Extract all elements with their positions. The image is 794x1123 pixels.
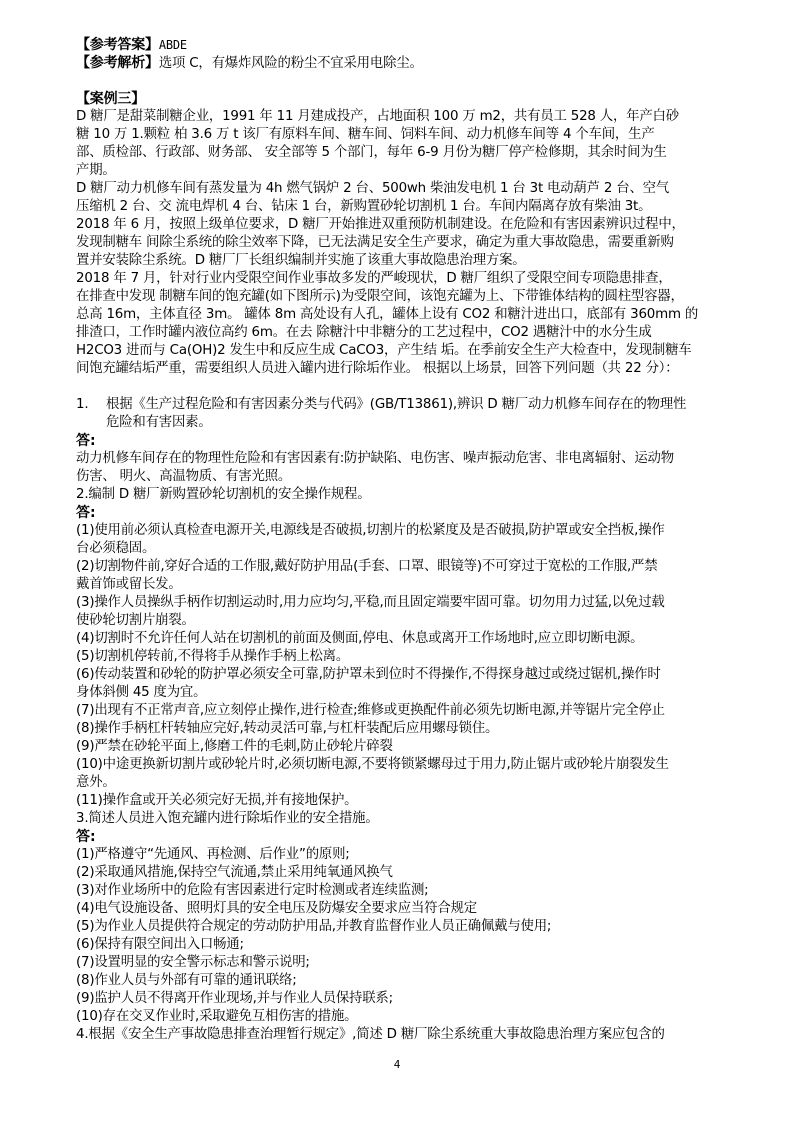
answer-line: (6)传动装置和砂轮的防护罩必须安全可靠,防护罩未到位时不得操作,不得探身越过或… — [76, 666, 716, 684]
question-4-text: 4.根据《安全生产事故隐患排查治理暂行规定》,简述 D 糖厂除尘系统重大事故隐患… — [76, 1026, 716, 1044]
question-1-number: 1. — [76, 396, 106, 414]
answer-line: 伤害、 明火、高温物质、有害光照。 — [76, 468, 716, 486]
answer-line: (9)监护人员不得离开作业现场,并与作业人员保持联系; — [76, 990, 716, 1008]
question-2-text: 2.编制 D 糖厂新购置砂轮切割机的安全操作规程。 — [76, 486, 716, 504]
answer-line: (3)对作业场所中的危险有害因素进行定时检测或者连续监测; — [76, 882, 716, 900]
question-1-line-1: 1.根据《生产过程危险和有害因素分类与代码》(GB/T13861),辨识 D 糖… — [76, 396, 716, 414]
spacer — [76, 72, 716, 90]
case-line: 置并安装除尘系统。D 糖厂厂长组织编制并实施了该重大事故隐患治理方案。 — [76, 252, 716, 270]
reference-answer-label: 【参考答案】 — [76, 37, 159, 53]
reference-answer: 【参考答案】ABDE — [76, 36, 716, 54]
reference-analysis: 【参考解析】选项 C，有爆炸风险的粉尘不宜采用电除尘。 — [76, 54, 716, 72]
answer-line: 台必须稳固。 — [76, 540, 716, 558]
case-title: 【案例三】 — [76, 90, 716, 108]
case-line: 发现制糖车 间除尘系统的除尘效率下降，已无法满足安全生产要求，确定为重大事故隐患… — [76, 234, 716, 252]
answer-line: (1)使用前必须认真检查电源开关,电源线是否破损,切割片的松紧度及是否破损,防护… — [76, 522, 716, 540]
spacer — [76, 378, 716, 396]
page-number: 4 — [0, 1058, 794, 1071]
answer-line: (4)切割时不允许任何人站在切割机的前面及侧面,停电、休息或离开工作场地时,应立… — [76, 630, 716, 648]
case-line: H2CO3 进而与 Ca(OH)2 发生中和反应生成 CaCO3，产生结 垢。在… — [76, 342, 716, 360]
answer-line: (10)中途更换新切割片或砂轮片时,必须切断电源,不要将锁紧螺母过于用力,防止锯… — [76, 756, 716, 774]
question-1-line-2: 危险和有害因素。 — [76, 414, 716, 432]
question-3: 3.简述人员进入饱充罐内进行除垢作业的安全措施。 答: (1)严格遵守“先通风、… — [76, 810, 716, 1026]
reference-analysis-value: 选项 C，有爆炸风险的粉尘不宜采用电除尘。 — [159, 56, 423, 71]
case-line: 排渣口，工作时罐内液位高约 6m。在去 除糖汁中非糖分的工艺过程中，CO2 遇糖… — [76, 324, 716, 342]
answer-line: (2)采取通风措施,保持空气流通,禁止采用纯氧通风换气 — [76, 864, 716, 882]
answer-line: (1)严格遵守“先通风、再检测、后作业”的原则; — [76, 846, 716, 864]
answer-line: (6)保持有限空间出入口畅通; — [76, 936, 716, 954]
answer-line: (2)切割物件前,穿好合适的工作服,戴好防护用品(手套、口罩、眼镜等)不可穿过于… — [76, 558, 716, 576]
answer-line: (11)操作盒或开关必须完好无损,并有接地保护。 — [76, 792, 716, 810]
answer-line: 戴首饰或留长发。 — [76, 576, 716, 594]
answer-line: (8)操作手柄杠杆转轴应完好,转动灵活可靠,与杠杆装配后应用螺母锁住。 — [76, 720, 716, 738]
question-4: 4.根据《安全生产事故隐患排查治理暂行规定》,简述 D 糖厂除尘系统重大事故隐患… — [76, 1026, 716, 1044]
answer-line: 动力机修车间存在的物理性危险和有害因素有:防护缺陷、电伤害、噪声振动危害、非电离… — [76, 450, 716, 468]
answer-label: 答: — [76, 432, 716, 450]
case-line: 产期。 — [76, 162, 716, 180]
case-line: D 糖厂动力机修车间有蒸发量为 4h 燃气锅炉 2 台、500wh 柴油发电机 … — [76, 180, 716, 198]
case-line: 总高 16m，主体直径 3m。 罐体 8m 高处设有人孔，罐体上设有 CO2 和… — [76, 306, 716, 324]
answer-line: (5)切割机停转前,不得将手从操作手柄上松离。 — [76, 648, 716, 666]
answer-label: 答: — [76, 828, 716, 846]
reference-answer-value: ABDE — [159, 38, 187, 52]
case-description: D 糖厂是甜菜制糖企业，1991 年 11 月建成投产，占地面积 100 万 m… — [76, 108, 716, 378]
answer-line: (4)电气设施设备、照明灯具的安全电压及防爆安全要求应当符合规定 — [76, 900, 716, 918]
answer-line: (8)作业人员与外部有可靠的通讯联络; — [76, 972, 716, 990]
answer-line: (7)设置明显的安全警示标志和警示说明; — [76, 954, 716, 972]
case-line: 在排查中发现 制糖车间的饱充罐(如下图所示)为受限空间，该饱充罐为上、下带锥体结… — [76, 288, 716, 306]
question-3-text: 3.简述人员进入饱充罐内进行除垢作业的安全措施。 — [76, 810, 716, 828]
case-line: 2018 年 6 月，按照上级单位要求，D 糖厂开始推进双重预防机制建设。在危险… — [76, 216, 716, 234]
question-1: 1.根据《生产过程危险和有害因素分类与代码》(GB/T13861),辨识 D 糖… — [76, 396, 716, 486]
case-line: 部、质检部、行政部、财务部、 安全部等 5 个部门，每年 6-9 月份为糖厂停产… — [76, 144, 716, 162]
answer-line: 使砂轮切割片崩裂。 — [76, 612, 716, 630]
answer-line: (3)操作人员操纵手柄作切割运动时,用力应均匀,平稳,而且固定端要牢固可靠。切勿… — [76, 594, 716, 612]
answer-line: (5)为作业人员提供符合规定的劳动防护用品,并教育监督作业人员正确佩戴与使用; — [76, 918, 716, 936]
answer-label: 答: — [76, 504, 716, 522]
question-2: 2.编制 D 糖厂新购置砂轮切割机的安全操作规程。 答: (1)使用前必须认真检… — [76, 486, 716, 810]
answer-line: 意外。 — [76, 774, 716, 792]
answer-line: (10)存在交叉作业时,采取避免互相伤害的措施。 — [76, 1008, 716, 1026]
case-line: 压缩机 2 台、交 流电焊机 4 台、钻床 1 台，新购置砂轮切割机 1 台。车… — [76, 198, 716, 216]
case-line: 2018 年 7 月，针对行业内受限空间作业事故多发的严峻现状，D 糖厂组织了受… — [76, 270, 716, 288]
answer-line: (7)出现有不正常声音,应立刻停止操作,进行检查;维修或更换配件前必须先切断电源… — [76, 702, 716, 720]
reference-analysis-label: 【参考解析】 — [76, 55, 159, 71]
answer-line: 身体斜侧 45 度为宜。 — [76, 684, 716, 702]
document-page: 【参考答案】ABDE 【参考解析】选项 C，有爆炸风险的粉尘不宜采用电除尘。 【… — [76, 36, 716, 1044]
question-1-text: 根据《生产过程危险和有害因素分类与代码》(GB/T13861),辨识 D 糖厂动… — [106, 397, 686, 412]
case-line: 糖 10 万 1.颗粒 柏 3.6 万 t 该厂有原料车间、糖车间、饲料车间、动… — [76, 126, 716, 144]
case-line: 间饱充罐结垢严重，需要组织人员进入罐内进行除垢作业。 根据以上场景，回答下列问题… — [76, 360, 716, 378]
case-line: D 糖厂是甜菜制糖企业，1991 年 11 月建成投产，占地面积 100 万 m… — [76, 108, 716, 126]
answer-line: (9)严禁在砂轮平面上,修磨工件的毛刺,防止砂轮片碎裂 — [76, 738, 716, 756]
